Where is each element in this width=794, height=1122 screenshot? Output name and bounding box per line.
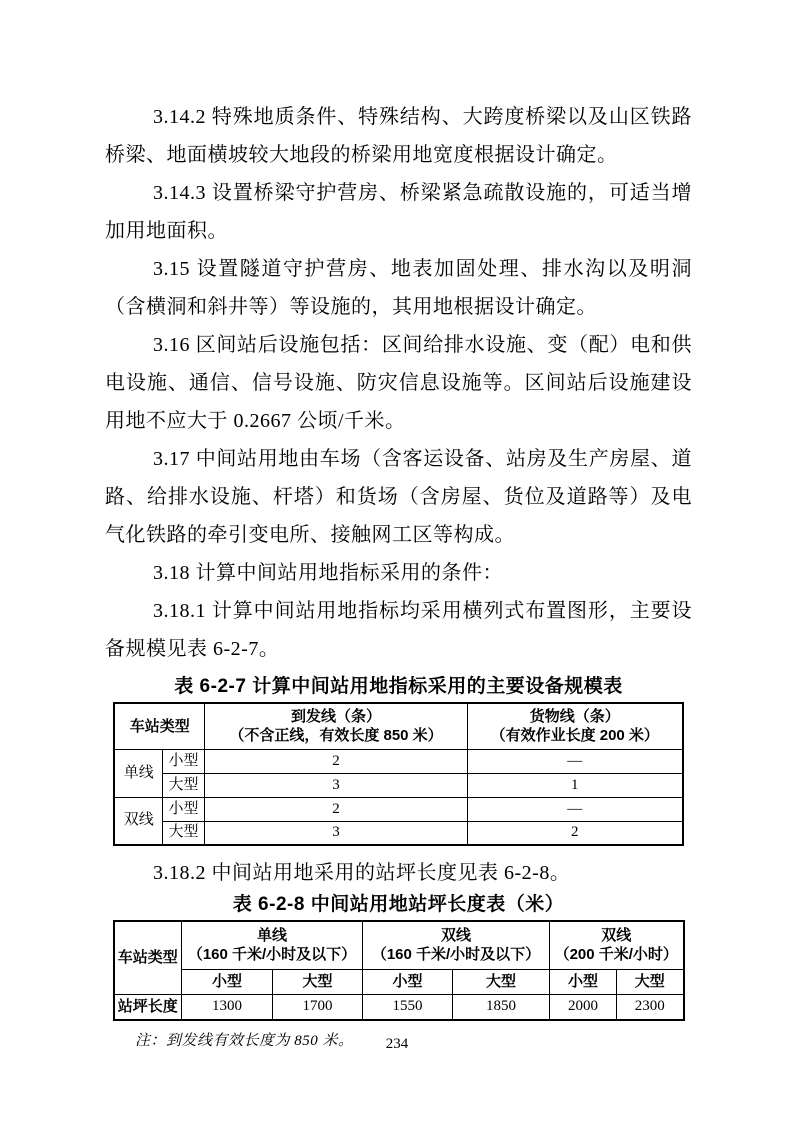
clause-3-14-3: 3.14.3 设置桥梁守护营房、桥梁紧急疏散设施的，可适当增加用地面积。 — [105, 174, 692, 250]
t1-cell-line-type-single: 单线 — [114, 749, 162, 797]
page-content: 3.14.2 特殊地质条件、特殊结构、大跨度桥梁以及山区铁路桥梁、地面横坡较大地… — [0, 0, 794, 1050]
t2-value: 1700 — [273, 994, 363, 1020]
clause-3-15: 3.15 设置隧道守护营房、地表加固处理、排水沟以及明洞（含横洞和斜井等）等设施… — [105, 250, 692, 326]
table-6-2-7-header-row: 车站类型 到发线（条） （不含正线，有效长度 850 米） 货物线（条） （有效… — [114, 703, 682, 749]
clause-3-18: 3.18 计算中间站用地指标采用的条件： — [105, 554, 692, 592]
t2-subheader-large: 大型 — [453, 969, 550, 994]
t2-group-speed: （160 千米/小时及以下） — [184, 945, 360, 964]
table-6-2-8-group-header-row: 车站类型 单线 （160 千米/小时及以下） 双线 （160 千米/小时及以下）… — [114, 921, 684, 969]
t1-cell-freight: 2 — [468, 821, 683, 845]
t2-subheader-large: 大型 — [273, 969, 363, 994]
table-6-2-8-title: 表 6-2-8 中间站用地站坪长度表（米） — [105, 892, 692, 918]
t1-header-arrival-line1: 到发线（条） — [207, 707, 465, 726]
clause-3-16: 3.16 区间站后设施包括：区间给排水设施、变（配）电和供电设施、通信、信号设施… — [105, 326, 692, 440]
t2-group-double-line-160: 双线 （160 千米/小时及以下） — [363, 921, 550, 969]
clause-3-14-2: 3.14.2 特殊地质条件、特殊结构、大跨度桥梁以及山区铁路桥梁、地面横坡较大地… — [105, 98, 692, 174]
t1-cell-arrival: 2 — [205, 749, 468, 773]
t1-header-station-type: 车站类型 — [114, 703, 204, 749]
clause-3-18-2: 3.18.2 中间站用地采用的站坪长度见表 6-2-8。 — [105, 854, 692, 892]
t2-group-single-line: 单线 （160 千米/小时及以下） — [182, 921, 363, 969]
t1-cell-arrival: 3 — [205, 821, 468, 845]
t1-header-arrival-line2: （不含正线，有效长度 850 米） — [207, 726, 465, 745]
table-row: 大型 3 2 — [114, 821, 682, 845]
t2-subheader-small: 小型 — [550, 969, 617, 994]
clause-3-18-1: 3.18.1 计算中间站用地指标均采用横列式布置图形，主要设备规模见表 6-2-… — [105, 592, 692, 668]
clause-3-17: 3.17 中间站用地由车场（含客运设备、站房及生产房屋、道路、给排水设施、杆塔）… — [105, 440, 692, 554]
t2-group-double-line-200: 双线 （200 千米/小时） — [550, 921, 684, 969]
t1-header-arrival-lines: 到发线（条） （不含正线，有效长度 850 米） — [205, 703, 468, 749]
t2-value: 2300 — [617, 994, 684, 1020]
t1-cell-size: 小型 — [162, 797, 204, 821]
t1-cell-freight: — — [468, 749, 683, 773]
t1-cell-size: 小型 — [162, 749, 204, 773]
t2-row-label: 站坪长度 — [114, 994, 182, 1020]
t2-value: 2000 — [550, 994, 617, 1020]
table-row: 大型 3 1 — [114, 773, 682, 797]
t2-value: 1300 — [182, 994, 273, 1020]
table-6-2-7-title: 表 6-2-7 计算中间站用地指标采用的主要设备规模表 — [105, 674, 692, 700]
table-row: 双线 小型 2 — — [114, 797, 682, 821]
table-row: 单线 小型 2 — — [114, 749, 682, 773]
t1-cell-arrival: 2 — [205, 797, 468, 821]
t2-group-speed: （200 千米/小时） — [552, 945, 681, 964]
t1-header-freight-lines: 货物线（条） （有效作业长度 200 米） — [468, 703, 683, 749]
t1-header-freight-line1: 货物线（条） — [470, 707, 680, 726]
t2-subheader-small: 小型 — [182, 969, 273, 994]
table-6-2-8: 车站类型 单线 （160 千米/小时及以下） 双线 （160 千米/小时及以下）… — [113, 920, 685, 1021]
t2-value: 1850 — [453, 994, 550, 1020]
table-6-2-8-subheader-row: 小型 大型 小型 大型 小型 大型 — [114, 969, 684, 994]
t1-header-freight-line2: （有效作业长度 200 米） — [470, 726, 680, 745]
t1-cell-arrival: 3 — [205, 773, 468, 797]
t2-group-name: 单线 — [184, 926, 360, 945]
t1-cell-size: 大型 — [162, 821, 204, 845]
t2-group-name: 双线 — [552, 926, 681, 945]
t2-subheader-large: 大型 — [617, 969, 684, 994]
t2-group-name: 双线 — [365, 926, 547, 945]
t2-value: 1550 — [363, 994, 453, 1020]
page-number: 234 — [0, 1036, 794, 1053]
t2-header-station-type: 车站类型 — [114, 921, 182, 994]
t1-cell-freight: — — [468, 797, 683, 821]
table-6-2-7: 车站类型 到发线（条） （不含正线，有效长度 850 米） 货物线（条） （有效… — [113, 702, 683, 846]
t2-group-speed: （160 千米/小时及以下） — [365, 945, 547, 964]
t1-cell-freight: 1 — [468, 773, 683, 797]
t2-subheader-small: 小型 — [363, 969, 453, 994]
table-6-2-8-data-row: 站坪长度 1300 1700 1550 1850 2000 2300 — [114, 994, 684, 1020]
t1-cell-size: 大型 — [162, 773, 204, 797]
t1-cell-line-type-double: 双线 — [114, 797, 162, 845]
